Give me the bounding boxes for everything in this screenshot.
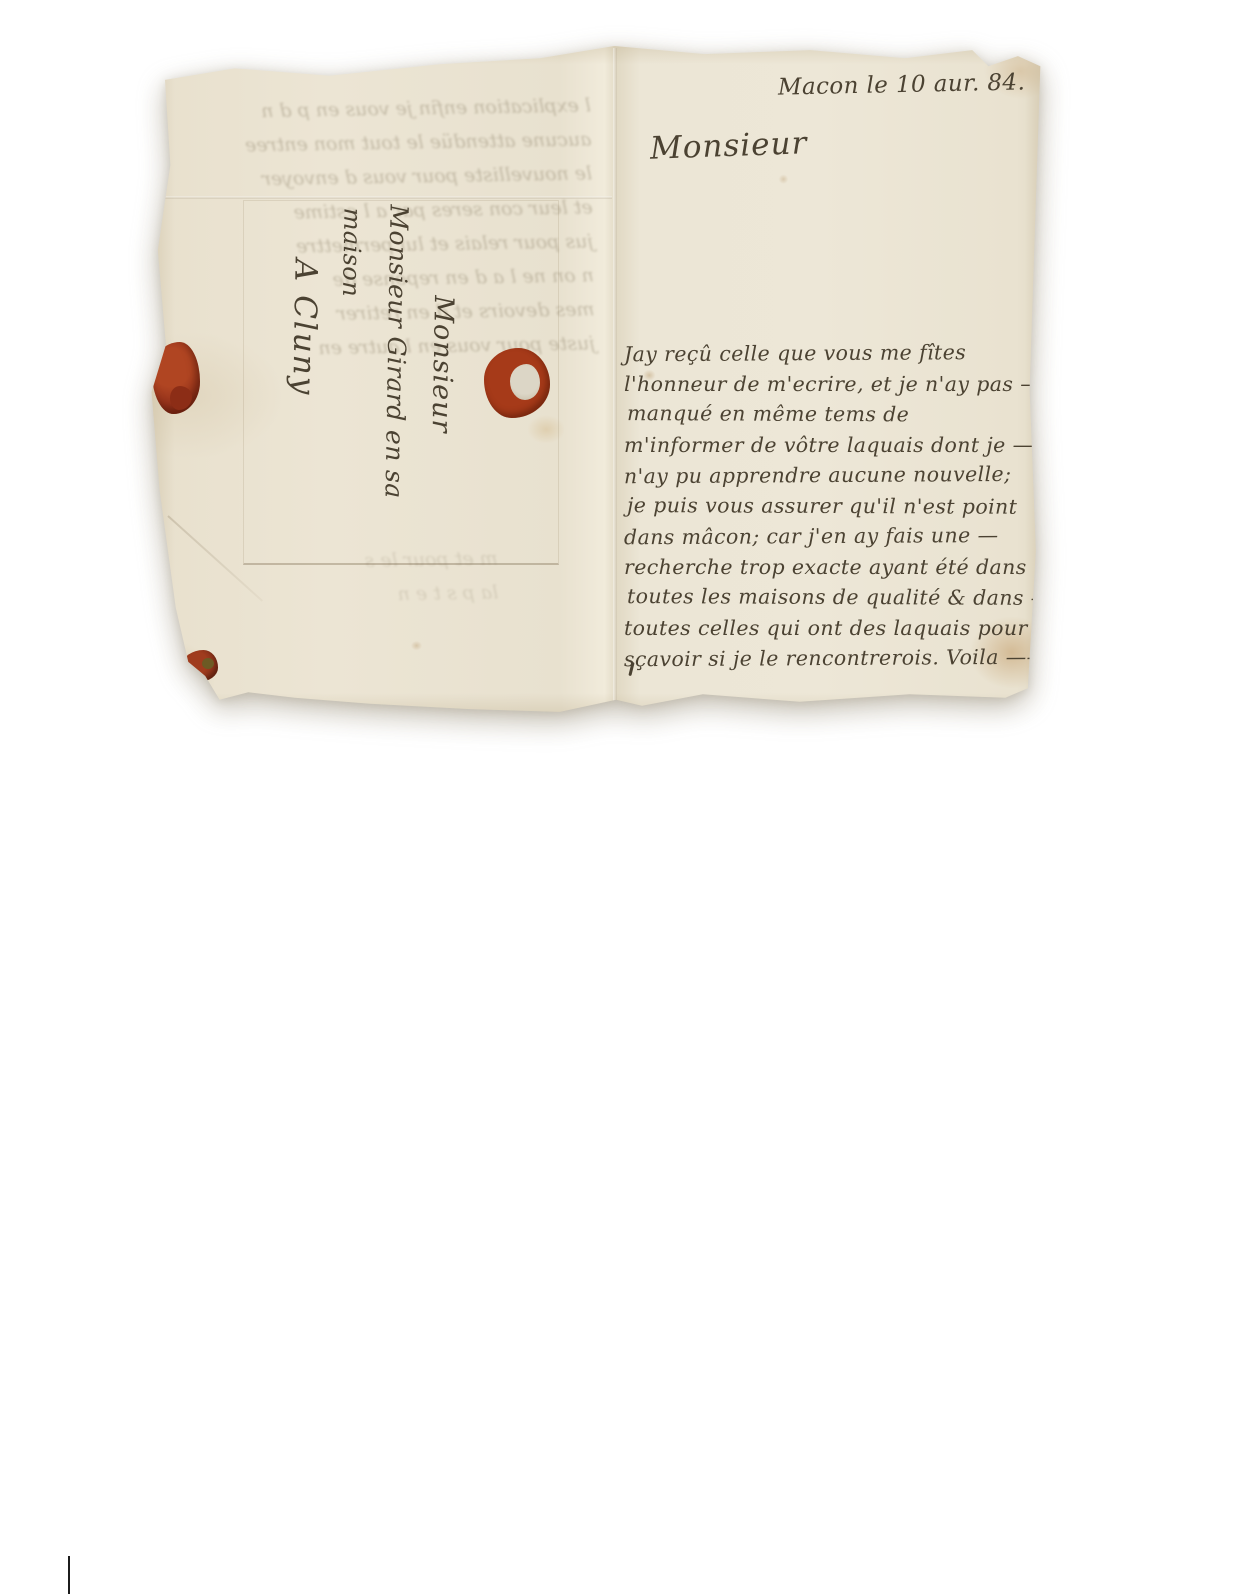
body-line: toutes les maisons de qualité & dans —: [627, 581, 1052, 613]
wax-seal-fragment-bottom: [182, 650, 218, 682]
greeting-monsieur: Monsieur: [649, 125, 807, 166]
page-crop-mark: [68, 1556, 70, 1594]
letter-paper: l explication enfin je vous en p d n auc…: [148, 44, 1043, 720]
bleedthrough-text-lower: m et pour le s la p s t e n: [197, 541, 498, 614]
body-line: sçavoir si je le rencontrerois. Voila ——: [624, 642, 1052, 675]
center-fold-crease: [613, 48, 617, 710]
body-line: l'honneur de m'ecrire, et je n'ay pas —: [624, 369, 1052, 400]
address-line: Monsieur Girard en sa: [370, 204, 421, 503]
address-line: Monsieur: [416, 295, 466, 504]
body-line: recherche trop exacte ayant été dans: [624, 552, 1052, 583]
address-line: A Cluny: [278, 259, 328, 502]
body-line: je puis vous assurer qu'il n'est point: [627, 490, 1052, 522]
address-line: maison: [324, 207, 375, 502]
body-line: toutes celles qui ont des laquais pour: [624, 613, 1052, 644]
letter-body: Jay reçû celle que vous me fîtes l'honne…: [624, 338, 1052, 674]
body-line: dans mâcon; car j'en ay fais une —: [624, 520, 1052, 553]
letter-photograph: l explication enfin je vous en p d n auc…: [0, 0, 1253, 1594]
date-line: Macon le 10 aur. 84.: [778, 69, 1026, 100]
address-panel: Monsieur Monsieur Girard en sa maison A …: [262, 200, 467, 503]
bleedthrough-line: m et pour le s: [197, 541, 498, 580]
bleedthrough-line: la p s t e n: [212, 575, 499, 614]
body-line: m'informer de vôtre laquais dont je —: [624, 430, 1052, 461]
body-line: Jay reçû celle que vous me fîtes: [624, 337, 1052, 370]
body-line: manqué en même tems de: [627, 398, 1052, 430]
body-line: n'ay pu apprendre aucune nouvelle;: [624, 459, 1052, 492]
paper-shadow-wrap: l explication enfin je vous en p d n auc…: [148, 44, 1043, 720]
